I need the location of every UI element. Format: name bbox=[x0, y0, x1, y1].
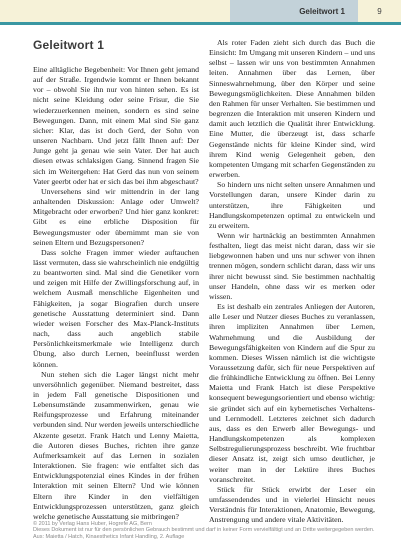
page-content: Geleitwort 1 Eine alltägliche Begebenhei… bbox=[33, 25, 375, 526]
paragraph: Eine alltägliche Begebenheit: Vor Ihnen … bbox=[33, 65, 199, 187]
paragraph: Unversehens sind wir mittendrin in der l… bbox=[33, 187, 199, 248]
page-number: 9 bbox=[358, 0, 401, 22]
book-page: Geleitwort 1 9 Geleitwort 1 Eine alltägl… bbox=[0, 0, 401, 550]
footer-usage-line: Dieses Dokument ist nur für den persönli… bbox=[33, 527, 395, 533]
paragraph: Dass solche Fragen immer wieder auftauch… bbox=[33, 248, 199, 370]
paragraph: So hindern uns nicht selten unsere Annah… bbox=[209, 180, 375, 231]
paragraph: Wenn wir hartnäckig an bestimmten Annahm… bbox=[209, 231, 375, 302]
paragraph: Es ist deshalb ein zentrales Anliegen de… bbox=[209, 302, 375, 485]
paragraph: Stück für Stück erwirbt der Leser ein um… bbox=[209, 485, 375, 526]
chapter-title: Geleitwort 1 bbox=[33, 38, 199, 52]
paragraph: Als roter Faden zieht sich durch das Buc… bbox=[209, 38, 375, 180]
paragraph: Nun stehen sich die Lager längst nicht m… bbox=[33, 370, 199, 522]
running-head-title: Geleitwort 1 bbox=[299, 7, 345, 16]
left-column: Geleitwort 1 Eine alltägliche Begebenhei… bbox=[33, 38, 199, 526]
copyright-footer: © 2011 by Verlag Hans Huber, Hogrefe AG,… bbox=[33, 521, 395, 540]
footer-source-line: Aus: Maietta / Hatch, Kinaesthetics Infa… bbox=[33, 534, 395, 540]
running-head-tab: Geleitwort 1 bbox=[230, 0, 358, 22]
running-head-band: Geleitwort 1 9 bbox=[0, 0, 401, 22]
right-column: Als roter Faden zieht sich durch das Buc… bbox=[209, 38, 375, 526]
